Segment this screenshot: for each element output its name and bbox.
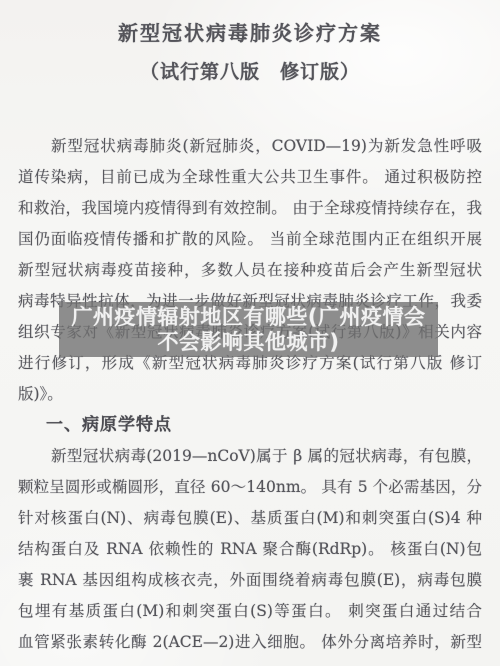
text-line: 新型冠状病毒疫苗接种，多数人员在接种疫苗后会产生新型冠状 xyxy=(18,255,482,286)
text-line: 新型冠状病毒肺炎(新冠肺炎，COVID—19)为新发急性呼吸 xyxy=(18,131,482,162)
text-line: 血管紧张素转化酶 2(ACE—2)进入细胞。 体外分离培养时，新型 xyxy=(18,627,482,658)
text-line: 版)》。 xyxy=(18,379,482,410)
text-line: 包埋有基质蛋白(M)和刺突蛋白(S)等蛋白。 刺突蛋白通过结合 xyxy=(18,596,482,627)
document-page: 新型冠状病毒肺炎诊疗方案 （试行第八版 修订版） 新型冠状病毒肺炎(新冠肺炎，C… xyxy=(0,0,500,666)
text-line: 针对核蛋白(N)、病毒包膜(E)、基质蛋白(M)和刺突蛋白(S)4 种 xyxy=(18,503,482,534)
text-line: 结构蛋白及 RNA 依赖性的 RNA 聚合酶(RdRp)。 核蛋白(N)包 xyxy=(18,534,482,565)
section-heading: 一、病原学特点 xyxy=(18,410,482,441)
document-title: 新型冠状病毒肺炎诊疗方案 xyxy=(0,22,500,44)
overlay-headline-line-1: 广州疫情辐射地区有哪些(广州疫情会 xyxy=(71,305,425,330)
headline-overlay-banner: 广州疫情辐射地区有哪些(广州疫情会 不会影响其他城市) xyxy=(59,302,438,357)
text-line: 道传染病，目前已成为全球性重大公共卫生事件。 通过积极防控 xyxy=(18,162,482,193)
document-body: 新型冠状病毒肺炎(新冠肺炎，COVID—19)为新发急性呼吸 道传染病，目前已成… xyxy=(18,131,482,658)
text-line: 裹 RNA 基因组构成核衣壳，外面围绕着病毒包膜(E)，病毒包膜 xyxy=(18,565,482,596)
text-line: 颗粒呈圆形或椭圆形，直径 60～140nm。 具有 5 个必需基因，分别 xyxy=(18,472,482,503)
overlay-headline-line-2: 不会影响其他城市) xyxy=(157,330,339,355)
text-line: 新型冠状病毒(2019—nCoV)属于 β 属的冠状病毒，有包膜， xyxy=(18,441,482,472)
text-line: 和救治，我国境内疫情得到有效控制。 由于全球疫情持续存在，我 xyxy=(18,193,482,224)
text-line: 国仍面临疫情传播和扩散的风险。 当前全球范围内正在组织开展 xyxy=(18,224,482,255)
document-subtitle: （试行第八版 修订版） xyxy=(0,60,500,84)
